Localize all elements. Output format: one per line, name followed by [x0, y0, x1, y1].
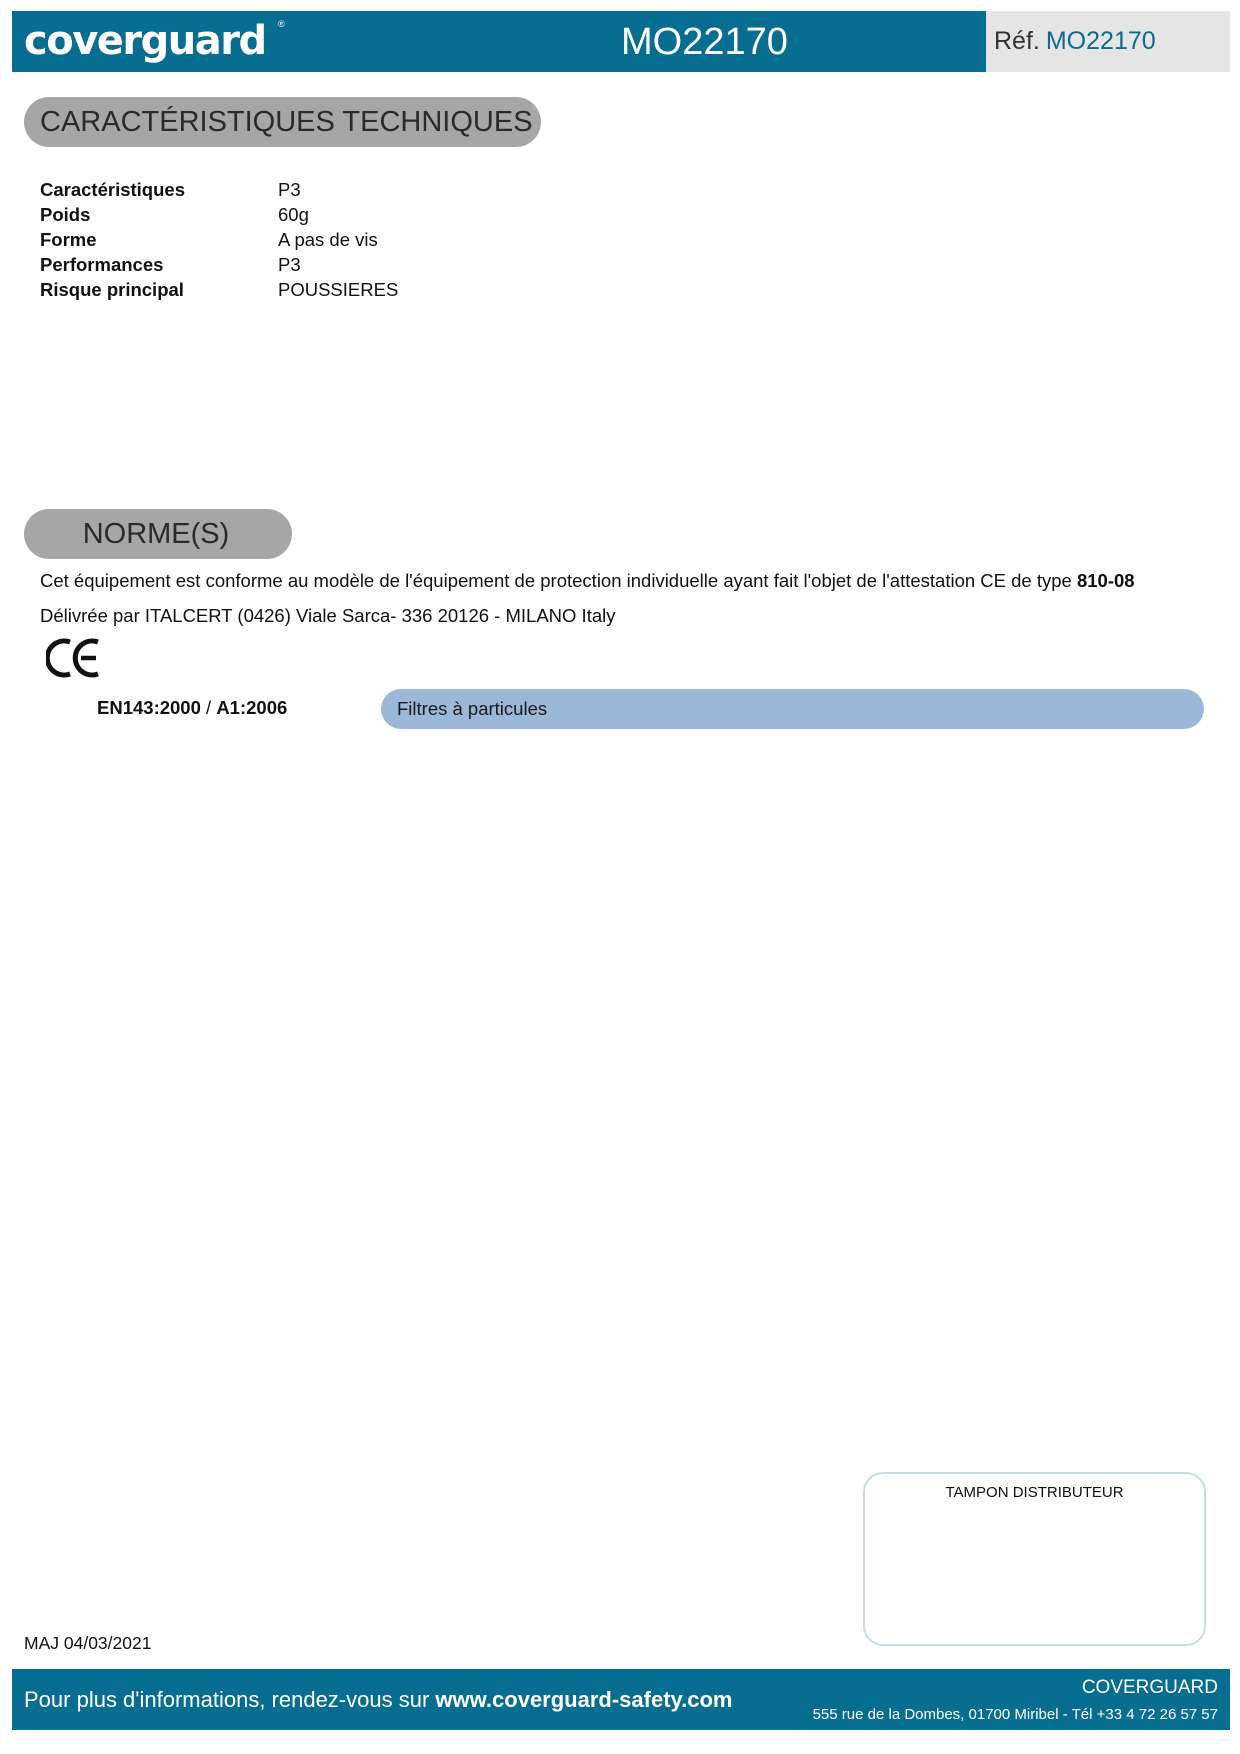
spec-label: Risque principal	[40, 277, 278, 302]
reference-value: MO22170	[1046, 27, 1156, 56]
spec-row: Risque principal POUSSIERES	[40, 277, 398, 302]
footer-info: Pour plus d'informations, rendez-vous su…	[24, 1687, 733, 1713]
coverguard-logo: coverguard	[24, 19, 266, 63]
spec-row: Performances P3	[40, 252, 398, 277]
spec-label: Forme	[40, 227, 278, 252]
reference-box: Réf. MO22170	[986, 11, 1230, 72]
spec-row: Forme A pas de vis	[40, 227, 398, 252]
website-link[interactable]: www.coverguard-safety.com	[435, 1687, 732, 1712]
spec-label: Caractéristiques	[40, 177, 278, 202]
spec-label: Poids	[40, 202, 278, 227]
standard-code: EN143:2000 / A1:2006	[97, 697, 287, 719]
conformity-text: Cet équipement est conforme au modèle de…	[40, 570, 1077, 591]
ce-mark-icon	[46, 636, 106, 680]
spec-label: Performances	[40, 252, 278, 277]
certificate-number: 810-08	[1077, 570, 1135, 591]
footer-company: COVERGUARD	[1082, 1677, 1218, 1699]
header-brand-band: coverguard ® MO22170	[12, 11, 986, 72]
norms-section-title: NORME(S)	[24, 509, 292, 559]
issuing-body: Délivrée par ITALCERT (0426) Viale Sarca…	[40, 605, 615, 627]
spec-row: Caractéristiques P3	[40, 177, 398, 202]
spec-value: 60g	[278, 202, 309, 227]
product-datasheet: coverguard ® MO22170 Réf. MO22170 CARACT…	[0, 0, 1240, 1754]
standard-amendment: A1:2006	[216, 697, 287, 718]
registered-mark-icon: ®	[278, 19, 285, 29]
spec-value: P3	[278, 177, 301, 202]
spec-row: Poids 60g	[40, 202, 398, 227]
footer-info-text: Pour plus d'informations, rendez-vous su…	[24, 1687, 435, 1712]
footer-address: 555 rue de la Dombes, 01700 Miribel - Té…	[813, 1706, 1218, 1723]
reference-label: Réf.	[994, 27, 1040, 56]
stamp-title: TAMPON DISTRIBUTEUR	[865, 1484, 1204, 1501]
conformity-statement: Cet équipement est conforme au modèle de…	[40, 570, 1135, 592]
distributor-stamp-box: TAMPON DISTRIBUTEUR	[863, 1472, 1206, 1646]
spec-value: P3	[278, 252, 301, 277]
spec-value: POUSSIERES	[278, 277, 398, 302]
technical-section-title: CARACTÉRISTIQUES TECHNIQUES	[24, 97, 541, 147]
footer-bar: Pour plus d'informations, rendez-vous su…	[12, 1669, 1230, 1730]
update-date: MAJ 04/03/2021	[24, 1633, 151, 1654]
product-code-title: MO22170	[621, 19, 788, 65]
standard-main: EN143:2000	[97, 697, 201, 718]
header-bar: coverguard ® MO22170 Réf. MO22170	[12, 11, 1230, 72]
specs-table: Caractéristiques P3 Poids 60g Forme A pa…	[40, 177, 398, 302]
spec-value: A pas de vis	[278, 227, 378, 252]
standard-separator: /	[201, 697, 216, 718]
standard-description: Filtres à particules	[381, 689, 1204, 729]
